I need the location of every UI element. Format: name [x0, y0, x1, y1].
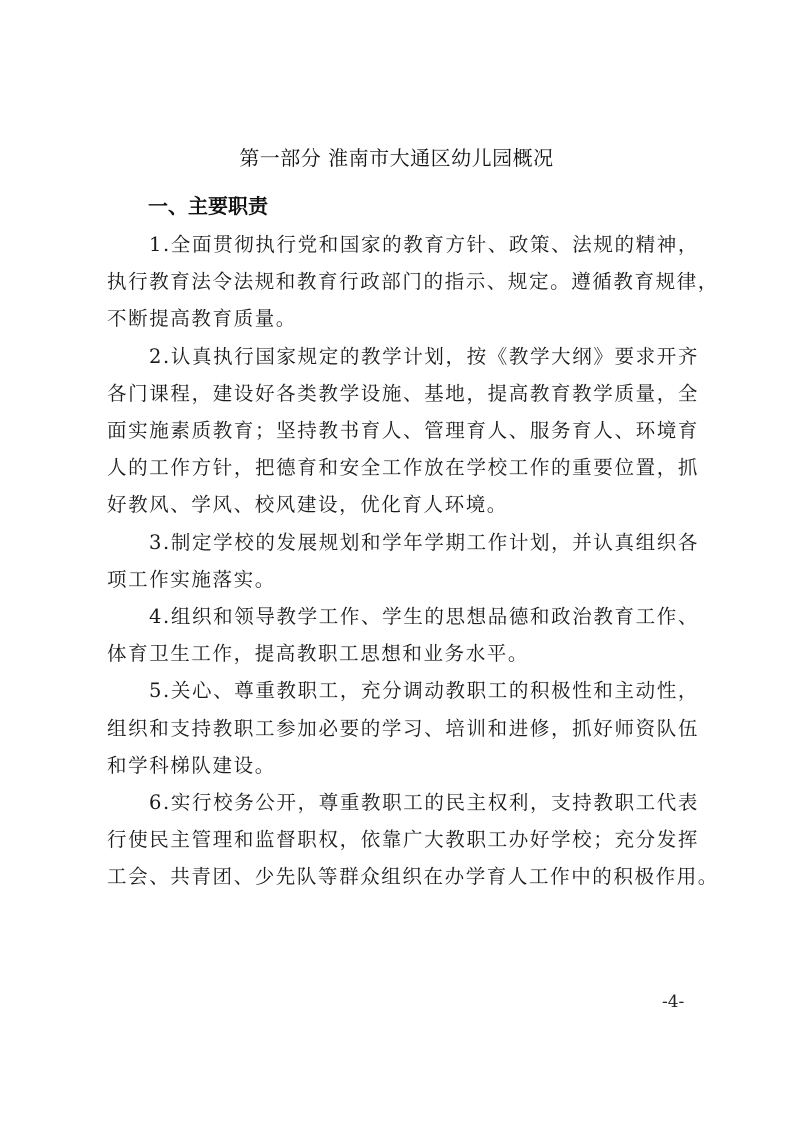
section-heading: 一、主要职责	[148, 191, 268, 221]
text-line: 组织和支持教职工参加必要的学习、培训和进修，抓好师资队伍	[107, 710, 699, 747]
text-line: 体育卫生工作，提高教职工思想和业务水平。	[107, 635, 699, 672]
document-page: 第一部分 淮南市大通区幼儿园概况 一、主要职责 1.全面贯彻执行党和国家的教育方…	[0, 0, 793, 1122]
text-line: 5.关心、尊重教职工，充分调动教职工的积极性和主动性，	[107, 672, 699, 709]
text-line: 2.认真执行国家规定的教学计划，按《教学大纲》要求开齐	[107, 338, 699, 375]
paragraph-4: 4.组织和领导教学工作、学生的思想品德和政治教育工作、 体育卫生工作，提高教职工…	[107, 598, 699, 672]
paragraph-5: 5.关心、尊重教职工，充分调动教职工的积极性和主动性， 组织和支持教职工参加必要…	[107, 672, 699, 784]
paragraph-3: 3.制定学校的发展规划和学年学期工作计划，并认真组织各 项工作实施落实。	[107, 524, 699, 598]
text-line: 4.组织和领导教学工作、学生的思想品德和政治教育工作、	[107, 598, 699, 635]
text-line: 6.实行校务公开，尊重教职工的民主权利，支持教职工代表	[107, 784, 699, 821]
text-line: 面实施素质教育；坚持教书育人、管理育人、服务育人、环境育	[107, 412, 699, 449]
text-line: 工会、共青团、少先队等群众组织在办学育人工作中的积极作用。	[107, 858, 699, 895]
text-line: 3.制定学校的发展规划和学年学期工作计划，并认真组织各	[107, 524, 699, 561]
text-line: 不断提高教育质量。	[107, 300, 699, 337]
document-body: 1.全面贯彻执行党和国家的教育方针、政策、法规的精神， 执行教育法令法规和教育行…	[107, 226, 699, 896]
text-line: 行使民主管理和监督职权，依靠广大教职工办好学校；充分发挥	[107, 821, 699, 858]
page-title: 第一部分 淮南市大通区幼儿园概况	[0, 143, 793, 173]
text-line: 好教风、学风、校风建设，优化育人环境。	[107, 486, 699, 523]
text-line: 人的工作方针，把德育和安全工作放在学校工作的重要位置，抓	[107, 449, 699, 486]
paragraph-2: 2.认真执行国家规定的教学计划，按《教学大纲》要求开齐 各门课程，建设好各类教学…	[107, 338, 699, 524]
paragraph-1: 1.全面贯彻执行党和国家的教育方针、政策、法规的精神， 执行教育法令法规和教育行…	[107, 226, 699, 338]
text-line: 执行教育法令法规和教育行政部门的指示、规定。遵循教育规律，	[107, 263, 699, 300]
page-number: -4-	[662, 990, 684, 1014]
text-line: 项工作实施落实。	[107, 561, 699, 598]
text-line: 1.全面贯彻执行党和国家的教育方针、政策、法规的精神，	[107, 226, 699, 263]
text-line: 和学科梯队建设。	[107, 747, 699, 784]
text-line: 各门课程，建设好各类教学设施、基地，提高教育教学质量，全	[107, 375, 699, 412]
paragraph-6: 6.实行校务公开，尊重教职工的民主权利，支持教职工代表 行使民主管理和监督职权，…	[107, 784, 699, 896]
